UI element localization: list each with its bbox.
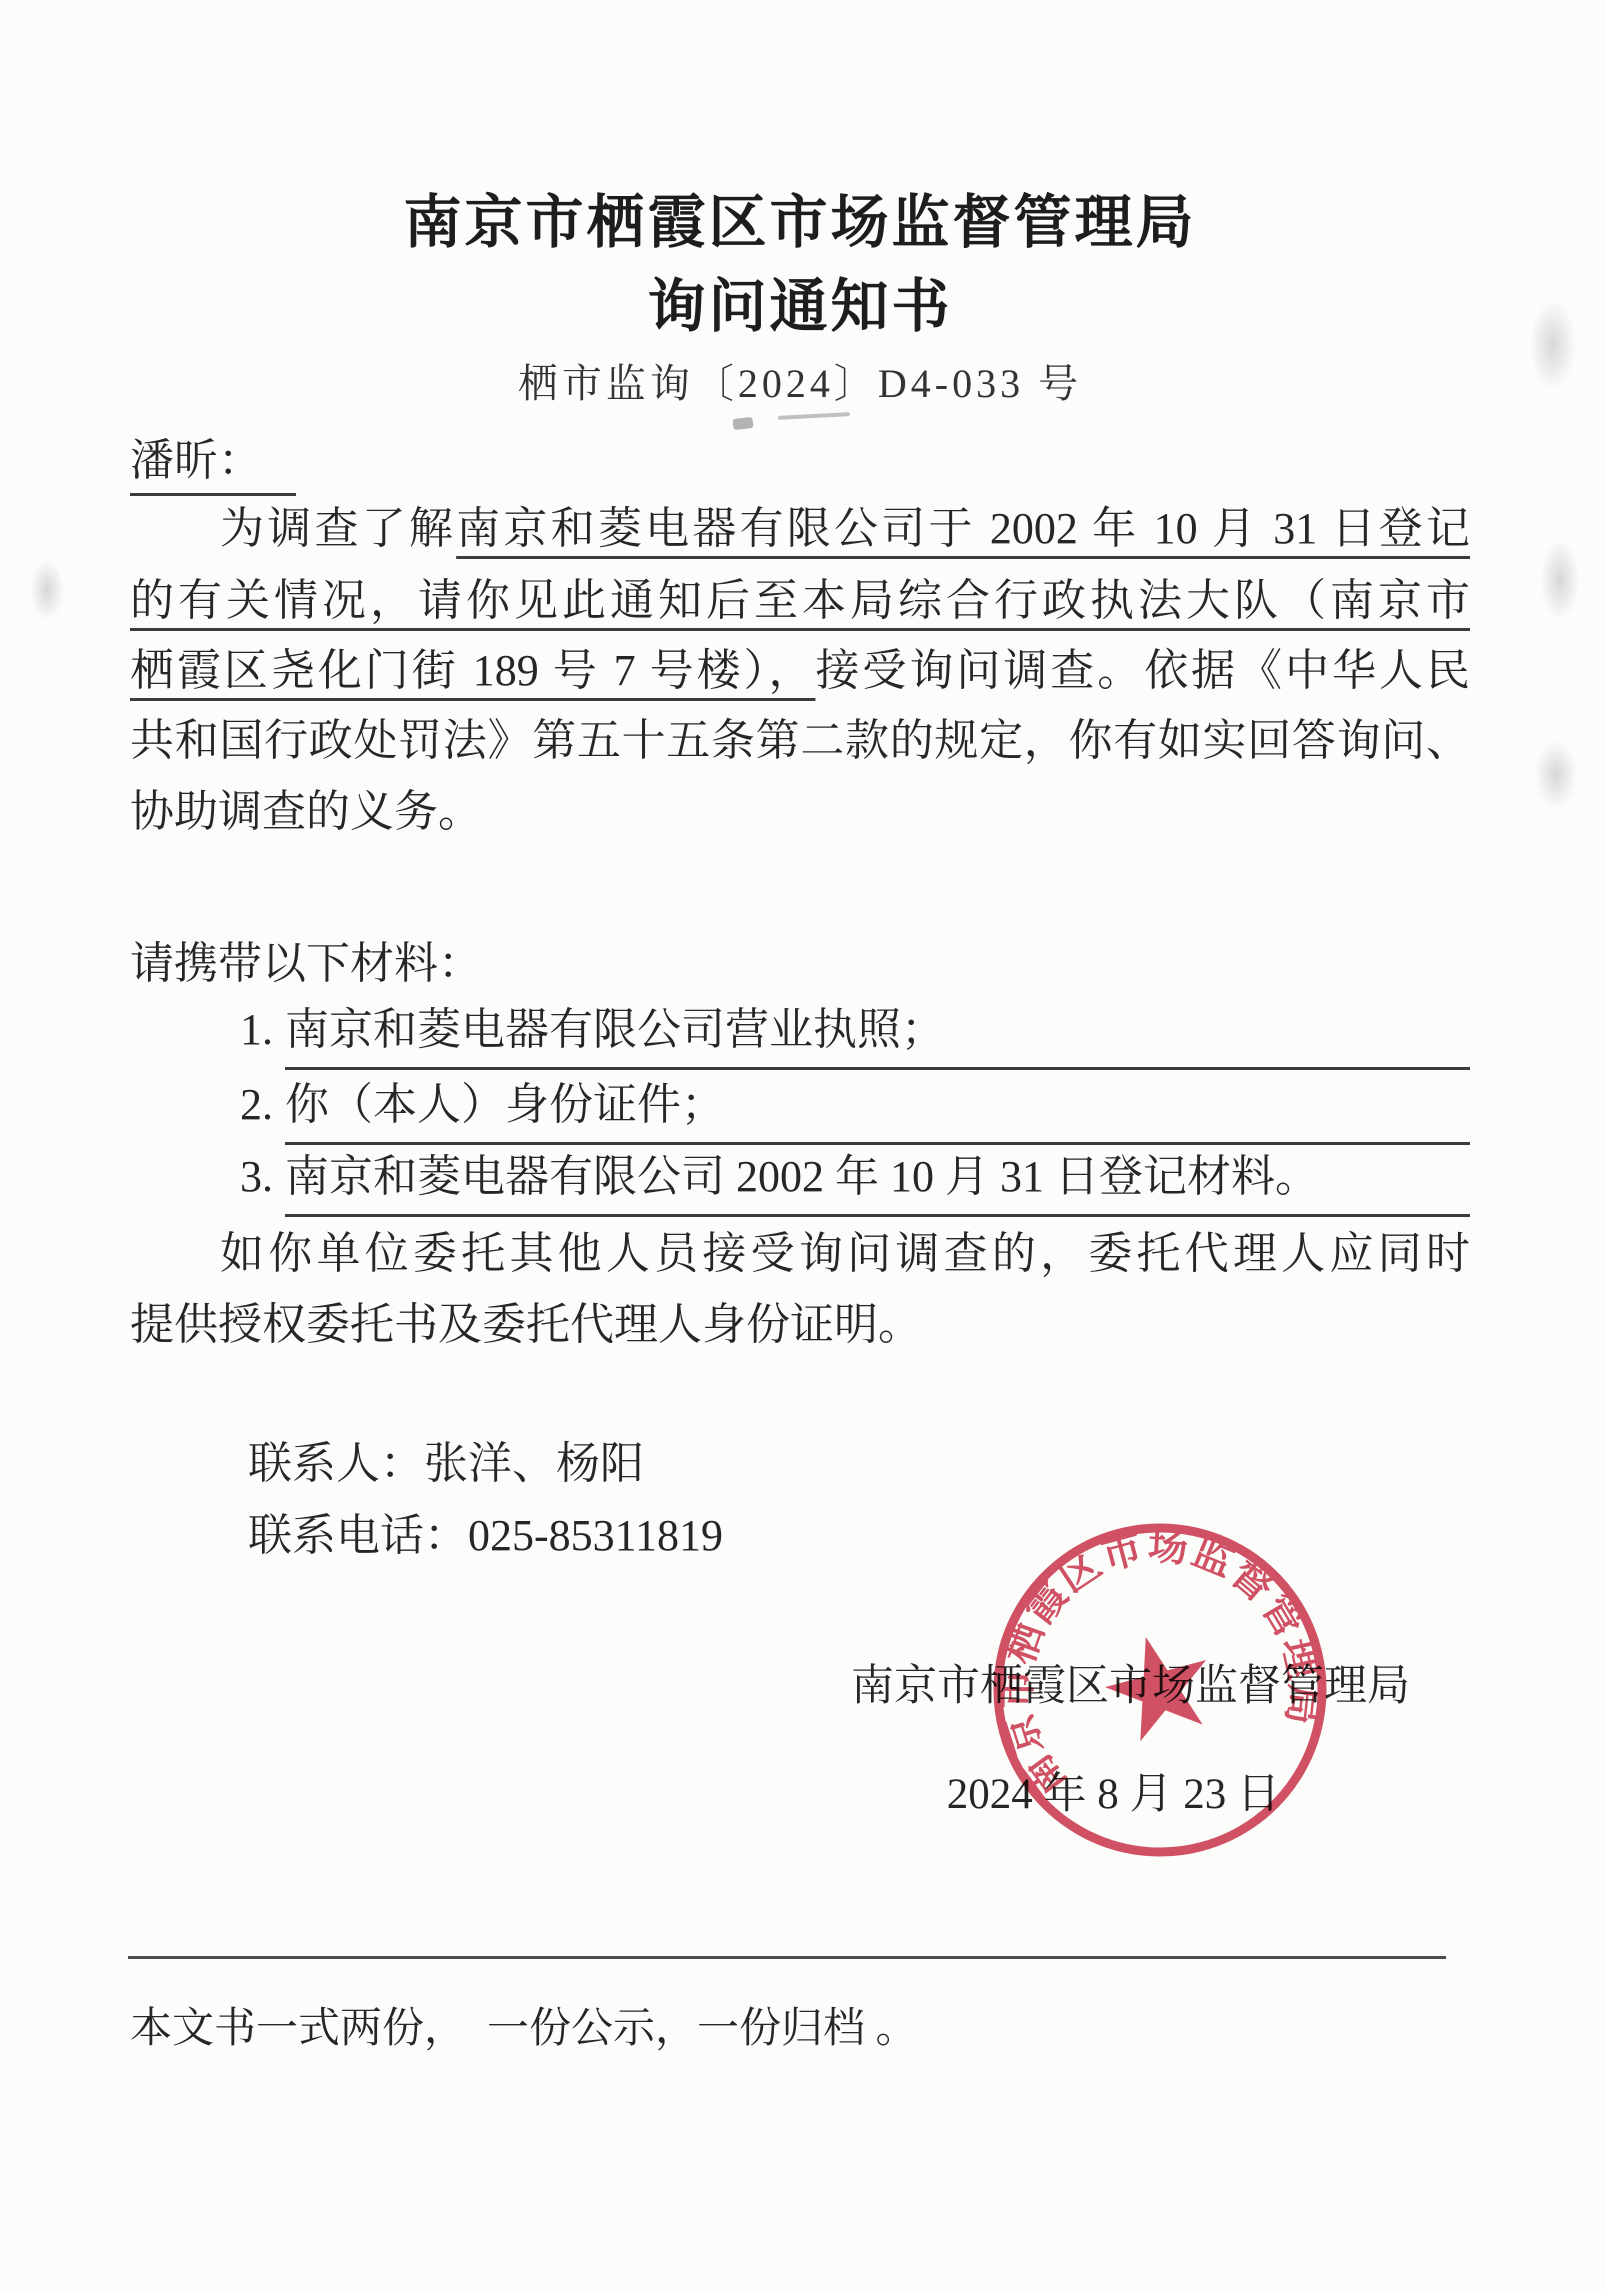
p1-l3-underlined: 栖霞区尧化门街 189 号 7 号楼）， [130, 646, 815, 695]
document-subtitle: 询问通知书 [130, 259, 1470, 343]
body-line-2: 的有关情况，请你见此通知后至本局综合行政执法大队（南京市 [130, 572, 1470, 630]
scan-speck [1535, 740, 1577, 810]
body-line-7: 提供授权委托书及委托代理人身份证明。 [130, 1296, 1470, 1354]
footer-divider [128, 1956, 1446, 1959]
material-item: 3. 南京和菱电器有限公司 2002 年 10 月 31 日登记材料。 [130, 1149, 1470, 1217]
p1-l3-rest: 接受询问调查。依据《中华人民 [815, 646, 1470, 695]
contact-person: 联系人：张洋、杨阳 [130, 1436, 1470, 1492]
material-item-text: 南京和菱电器有限公司 2002 年 10 月 31 日登记材料。 [285, 1149, 1470, 1217]
scan-speck [1530, 300, 1576, 390]
material-item-number: 1. [240, 1002, 273, 1058]
material-item: 2. 你（本人）身份证件； [130, 1077, 1470, 1145]
addressee-line: 潘昕： [130, 432, 1470, 490]
scan-smudge [778, 412, 850, 420]
contact-phone: 联系电话：025-85311819 [130, 1508, 1470, 1564]
scanned-notice-page: 南京市栖霞区市场监督管理局 询问通知书 栖市监询〔2024〕D4-033 号 潘… [0, 0, 1606, 2290]
material-item-text: 你（本人）身份证件； [285, 1077, 1470, 1145]
p1-lead: 为调查了解 [220, 504, 456, 553]
body-line-5: 协助调查的义务。 [130, 783, 1470, 841]
document-title: 南京市栖霞区市场监督管理局 [130, 175, 1470, 259]
addressee: 潘昕： [130, 436, 296, 496]
scan-speck [1540, 540, 1580, 620]
p1-l1-underlined: 南京和菱电器有限公司于 2002 年 10 月 31 日登记 [456, 504, 1470, 553]
material-item: 1. 南京和菱电器有限公司营业执照； [130, 1002, 1470, 1070]
material-item-number: 3. [240, 1149, 273, 1205]
materials-heading: 请携带以下材料： [130, 935, 1470, 993]
body-line-6: 如你单位委托其他人员接受询问调查的，委托代理人应同时 [130, 1225, 1470, 1283]
body-line-3: 栖霞区尧化门街 189 号 7 号楼），接受询问调查。依据《中华人民 [130, 642, 1470, 700]
issue-date: 2024 年 8 月 23 日 [130, 1760, 1470, 1821]
issuer-name: 南京市栖霞区市场监督管理局 [130, 1652, 1470, 1713]
p1-l2-underlined: 的有关情况，请你见此通知后至本局综合行政执法大队（南京市 [130, 576, 1470, 625]
material-item-text: 南京和菱电器有限公司营业执照； [285, 1002, 1470, 1070]
material-item-number: 2. [240, 1077, 273, 1133]
scan-smudge [732, 417, 753, 430]
scan-speck [30, 560, 64, 620]
body-line-4: 共和国行政处罚法》第五十五条第二款的规定，你有如实回答询问、 [130, 712, 1470, 770]
footer-note: 本文书一式两份， 一份公示，一份归档 。 [130, 1995, 1530, 2055]
doc-number: 栖市监询〔2024〕D4-033 号 [130, 352, 1470, 409]
body-line-1: 为调查了解南京和菱电器有限公司于 2002 年 10 月 31 日登记 [130, 500, 1470, 558]
